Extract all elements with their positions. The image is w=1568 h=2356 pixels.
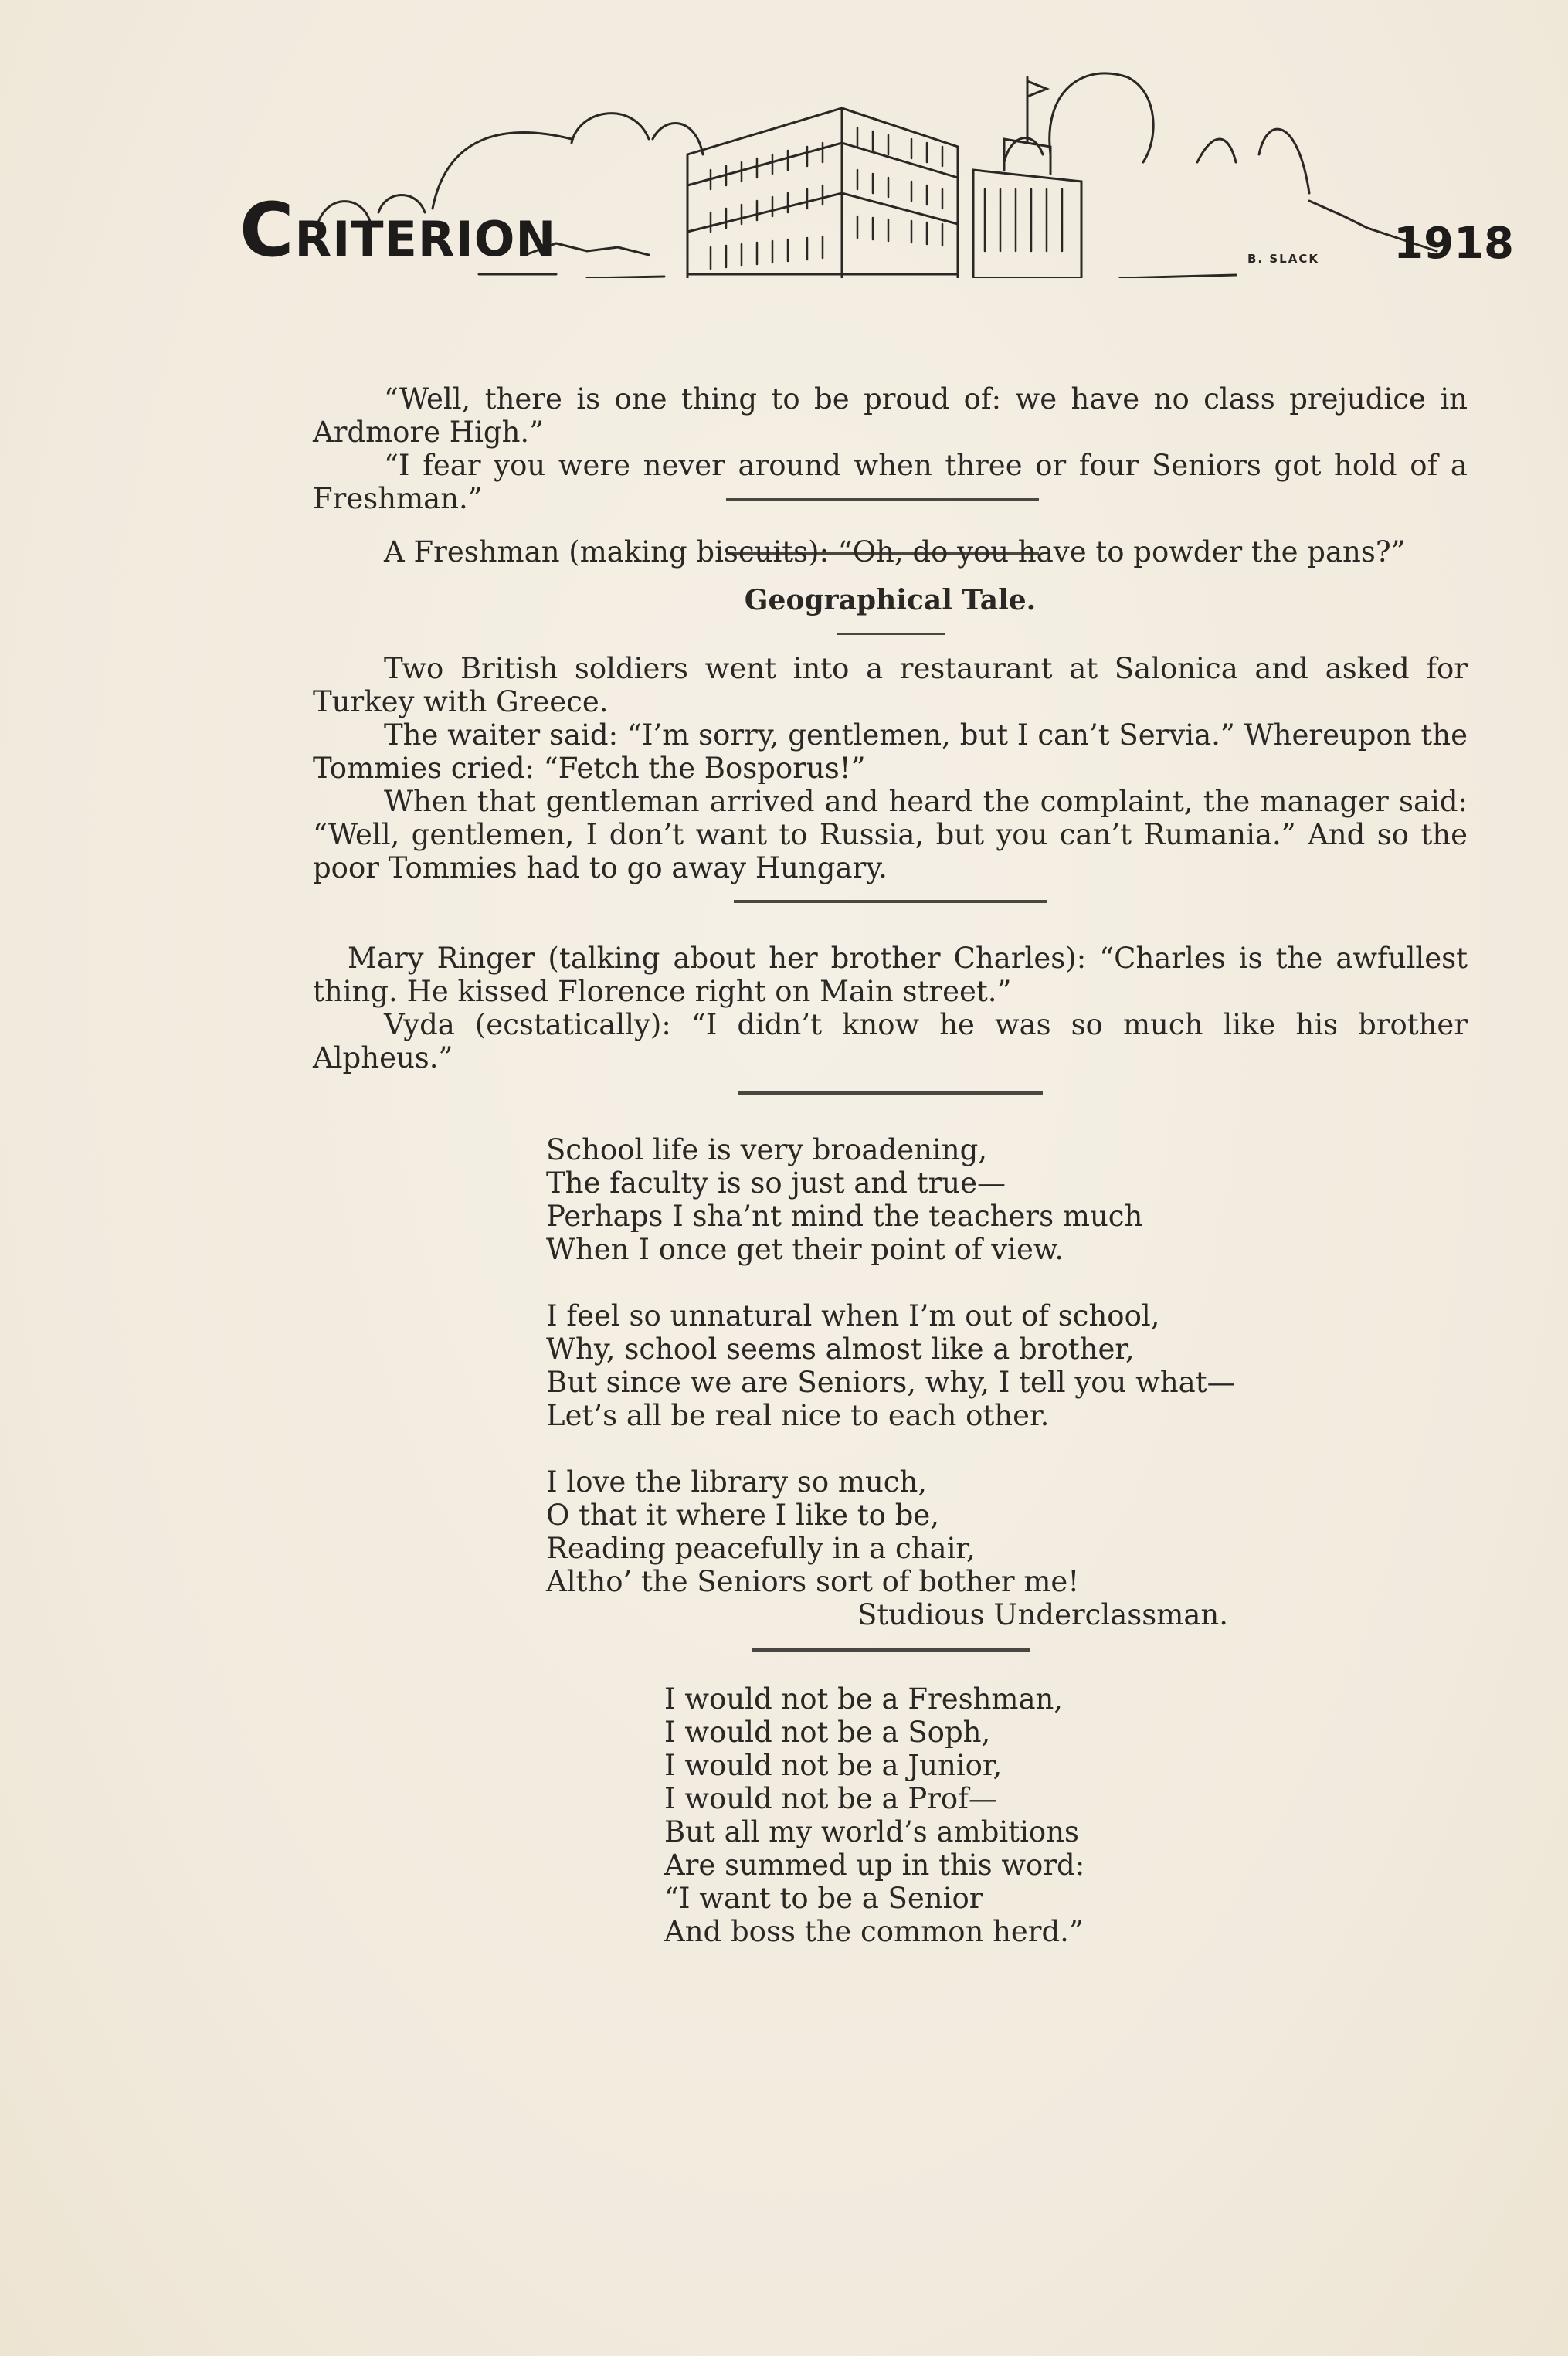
- mary-ringer-paragraph-1: Mary Ringer (talking about her brother C…: [313, 942, 1468, 1008]
- poem-line: I would not be a Prof—: [664, 1782, 1468, 1815]
- joke-2: A Freshman (making biscuits): “Oh, do yo…: [313, 535, 1468, 569]
- poem-line: But all my world’s ambitions: [664, 1815, 1468, 1848]
- poem-line: I would not be a Soph,: [664, 1716, 1468, 1749]
- poem-line: And boss the common herd.”: [664, 1915, 1468, 1948]
- poem-line: O that it where I like to be,: [546, 1499, 1468, 1532]
- poem-senior: I would not be a Freshman, I would not b…: [664, 1682, 1468, 1948]
- mary-ringer-paragraph-2: Vyda (ecstatically): “I didn’t know he w…: [313, 1008, 1468, 1074]
- masthead-year: 1918: [1393, 222, 1514, 266]
- masthead-title: CRITERION: [239, 193, 556, 267]
- poem-line: Altho’ the Seniors sort of bother me!: [546, 1565, 1468, 1598]
- page-content: “Well, there is one thing to be proud of…: [313, 382, 1468, 1948]
- poem-line: But since we are Seniors, why, I tell yo…: [546, 1366, 1468, 1399]
- poem-line: Reading peacefully in a chair,: [546, 1532, 1468, 1565]
- poem-line: School life is very broadening,: [546, 1133, 1468, 1166]
- poem-line: When I once get their point of view.: [546, 1233, 1468, 1266]
- joke-1-line-1: “Well, there is one thing to be proud of…: [313, 382, 1468, 449]
- poem-line: I love the library so much,: [546, 1465, 1468, 1499]
- poem-line: “I want to be a Senior: [664, 1882, 1468, 1915]
- poem-line: I feel so unnatural when I’m out of scho…: [546, 1299, 1468, 1332]
- poem-line: Are summed up in this word:: [664, 1848, 1468, 1882]
- page: CRITERION B. SLACK 1918 “Well, there is …: [0, 0, 1568, 2356]
- poem-line: Perhaps I sha’nt mind the teachers much: [546, 1200, 1468, 1233]
- poem-studious-underclassman: School life is very broadening, The facu…: [546, 1133, 1468, 1598]
- artist-signature: B. SLACK: [1247, 252, 1319, 266]
- poem-line: I would not be a Junior,: [664, 1749, 1468, 1782]
- poem-signature: Studious Underclassman.: [313, 1598, 1468, 1631]
- masthead: CRITERION B. SLACK 1918: [232, 46, 1529, 278]
- tale-paragraph-3: When that gentleman arrived and heard th…: [313, 785, 1468, 884]
- poem-line: The faculty is so just and true—: [546, 1166, 1468, 1200]
- tale-paragraph-2: The waiter said: “I’m sorry, gentlemen, …: [313, 718, 1468, 785]
- section-heading-geographical-tale: Geographical Tale.: [313, 584, 1468, 617]
- poem-line: Let’s all be real nice to each other.: [546, 1399, 1468, 1432]
- poem-line: I would not be a Freshman,: [664, 1682, 1468, 1716]
- tale-paragraph-1: Two British soldiers went into a restaur…: [313, 652, 1468, 718]
- poem-line: Why, school seems almost like a brother,: [546, 1332, 1468, 1366]
